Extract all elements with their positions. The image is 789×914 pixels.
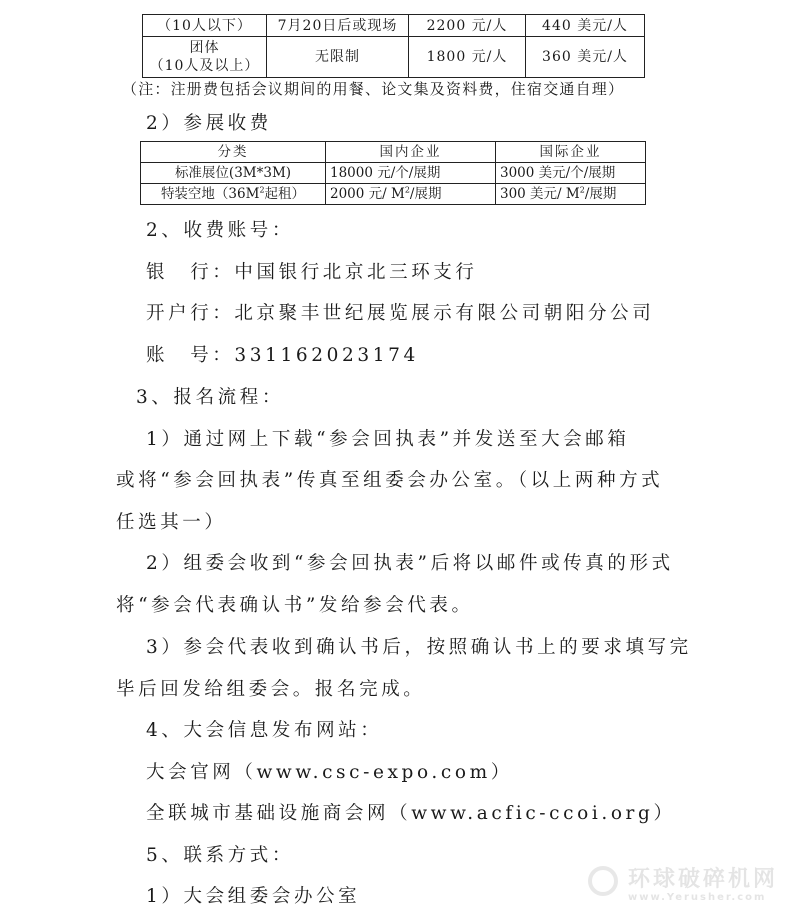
fee-international-cell: 440 美元/人 [526, 15, 645, 37]
text: /展期 [410, 186, 442, 202]
fee-deadline-cell: 7月20日后或现场 [267, 15, 409, 37]
watermark: 环球破碎机网 www.Yerusher.com [588, 862, 778, 908]
watermark-url: www.Yerusher.com [628, 892, 766, 903]
acfic-site-link[interactable]: 全联城市基础设施商会网（www.acfic-ccoi.org） [146, 799, 676, 825]
registration-fee-table: （10人以下） 7月20日后或现场 2200 元/人 440 美元/人 团体 （… [142, 14, 645, 78]
step3-line2: 毕后回发给组委会。报名完成。 [116, 675, 425, 701]
payment-account-heading: 2、收费账号： [146, 216, 294, 242]
text: /展期 [585, 186, 617, 202]
registration-process-heading: 3、报名流程： [136, 383, 284, 409]
expo-category-cell: 标准展位(3M*3M) [141, 163, 326, 184]
fee-international-cell: 360 美元/人 [526, 37, 645, 78]
step2-line1: 2）组委会收到“参会回执表”后将以邮件或传真的形式 [146, 549, 674, 575]
fee-category-cell: 团体 （10人及以上） [143, 37, 267, 78]
fee-domestic-cell: 1800 元/人 [409, 37, 526, 78]
expo-category-cell: 特装空地（36M2起租） [141, 184, 326, 205]
header-international: 国际企业 [496, 142, 646, 163]
text: 2000 元/ M [330, 186, 405, 202]
account-number-value: 331162023174 [234, 345, 418, 366]
fee-category-line2: （10人及以上） [143, 57, 266, 75]
bank-label: 银 行： [146, 262, 234, 283]
text: 300 美元/ M [500, 186, 580, 202]
exhibition-fees-heading: 2）参展收费 [146, 109, 272, 135]
step1-line3: 任选其一） [116, 508, 227, 534]
step3-line1: 3）参会代表收到确认书后，按照确认书上的要求填写完 [146, 633, 692, 659]
header-category: 分类 [141, 142, 326, 163]
expo-international-cell: 3000 美元/个/展期 [496, 163, 646, 184]
fee-category-line1: 团体 [143, 39, 266, 57]
table-header-row: 分类 国内企业 国际企业 [141, 142, 646, 163]
table-row: （10人以下） 7月20日后或现场 2200 元/人 440 美元/人 [143, 15, 645, 37]
contact-item-1: 1）大会组委会办公室 [146, 882, 360, 908]
account-holder-value: 北京聚丰世纪展览展示有限公司朝阳分公司 [234, 303, 654, 324]
account-holder-line: 开户行：北京聚丰世纪展览展示有限公司朝阳分公司 [146, 299, 654, 325]
table-row: 团体 （10人及以上） 无限制 1800 元/人 360 美元/人 [143, 37, 645, 78]
fee-domestic-cell: 2200 元/人 [409, 15, 526, 37]
watermark-logo-icon [588, 866, 618, 896]
contact-heading: 5、联系方式： [146, 841, 294, 867]
expo-domestic-cell: 2000 元/ M2/展期 [326, 184, 496, 205]
step2-line2: 将“参会代表确认书”发给参会代表。 [116, 591, 474, 617]
official-site-link[interactable]: 大会官网（www.csc-expo.com） [146, 758, 513, 784]
text: 特装空地（36M [161, 186, 260, 202]
text: 起租） [265, 186, 306, 202]
fee-note: （注：注册费包括会议期间的用餐、论文集及资料费，住宿交通自理） [122, 78, 624, 99]
fee-category-cell: （10人以下） [143, 15, 267, 37]
websites-heading: 4、大会信息发布网站： [146, 716, 382, 742]
expo-domestic-cell: 18000 元/个/展期 [326, 163, 496, 184]
watermark-title: 环球破碎机网 [628, 862, 778, 893]
fee-deadline-cell: 无限制 [267, 37, 409, 78]
table-row: 标准展位(3M*3M) 18000 元/个/展期 3000 美元/个/展期 [141, 163, 646, 184]
account-number-line: 账 号：331162023174 [146, 341, 419, 367]
bank-line: 银 行：中国银行北京北三环支行 [146, 258, 478, 284]
exhibition-fee-table: 分类 国内企业 国际企业 标准展位(3M*3M) 18000 元/个/展期 30… [140, 141, 646, 205]
bank-value: 中国银行北京北三环支行 [234, 262, 477, 283]
account-holder-label: 开户行： [146, 303, 234, 324]
header-domestic: 国内企业 [326, 142, 496, 163]
expo-international-cell: 300 美元/ M2/展期 [496, 184, 646, 205]
table-row: 特装空地（36M2起租） 2000 元/ M2/展期 300 美元/ M2/展期 [141, 184, 646, 205]
account-number-label: 账 号： [146, 345, 234, 366]
step1-line1: 1）通过网上下载“参会回执表”并发送至大会邮箱 [146, 425, 630, 451]
step1-line2: 或将“参会回执表”传真至组委会办公室。（以上两种方式 [116, 466, 663, 492]
